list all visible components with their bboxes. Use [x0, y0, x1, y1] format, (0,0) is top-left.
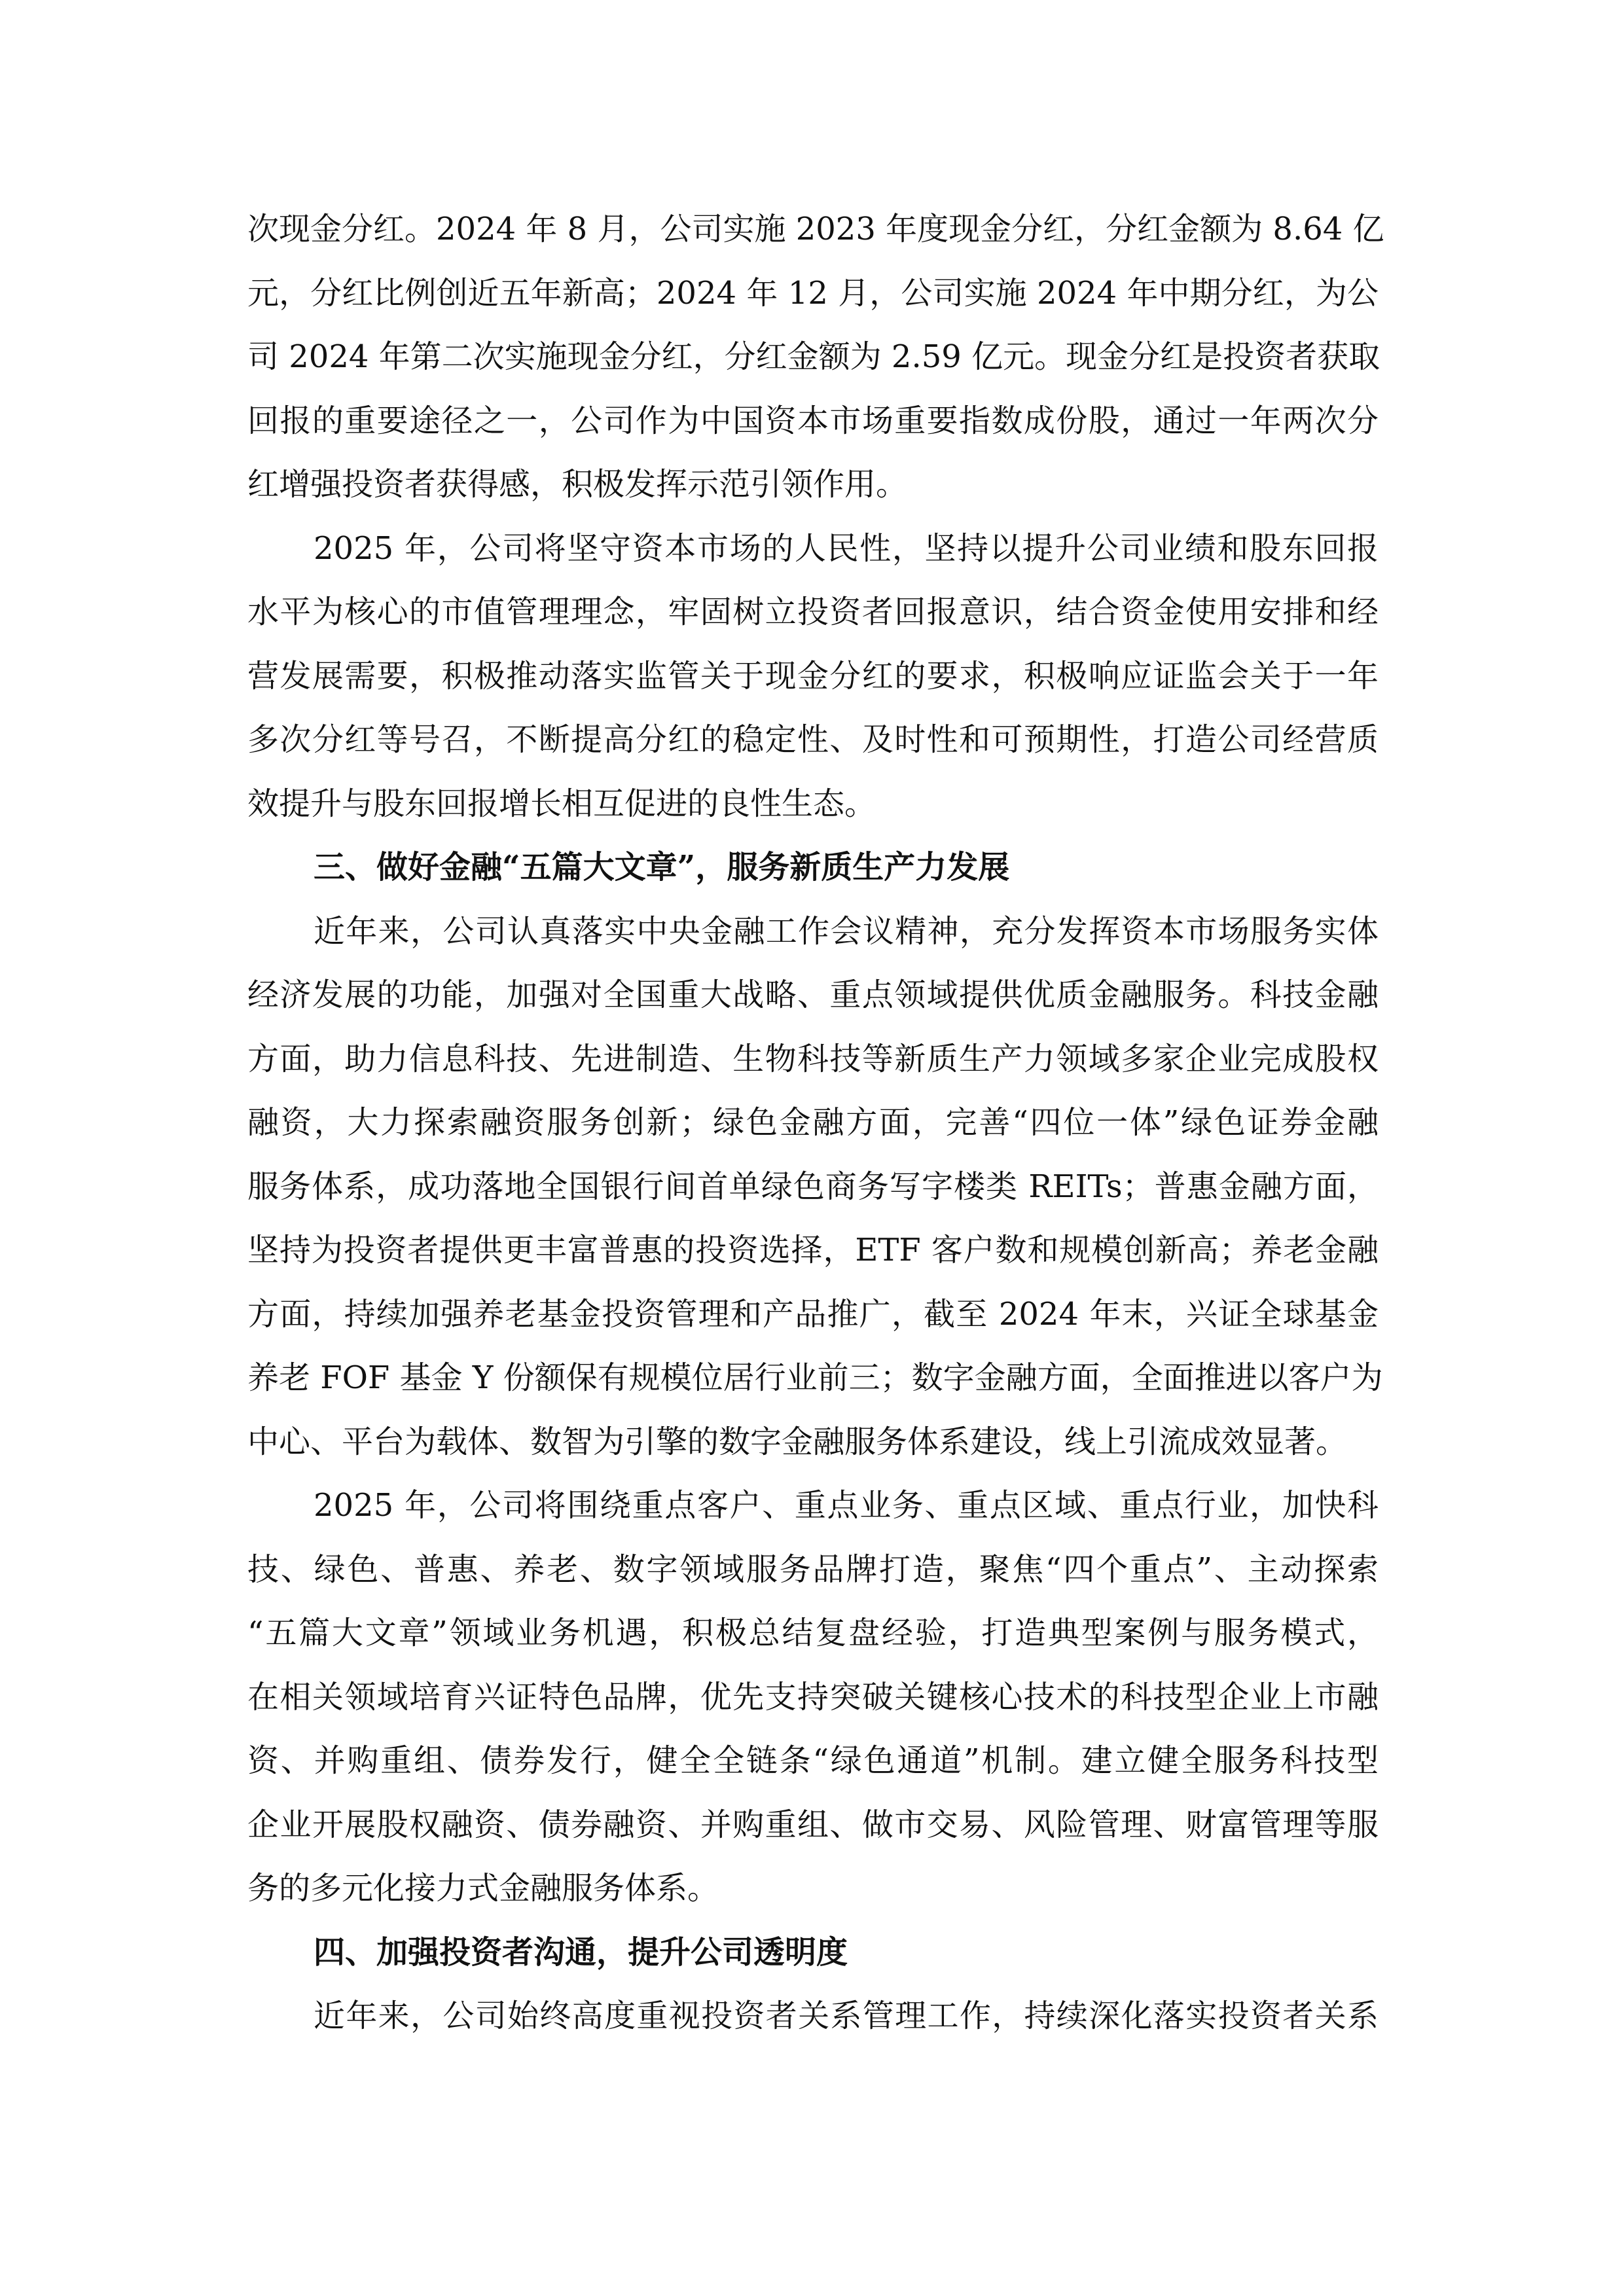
text-line: 中心、平台为载体、数智为引擎的数字金融服务体系建设，线上引流成效显著。 — [247, 1418, 1379, 1482]
text-line: 服务体系，成功落地全国银行间首单绿色商务写字楼类 REITs；普惠金融方面， — [247, 1162, 1379, 1227]
document-page: 次现金分红。2024 年 8 月，公司实施 2023 年度现金分红，分红金额为 … — [0, 0, 1624, 2296]
document-body: 次现金分红。2024 年 8 月，公司实施 2023 年度现金分红，分红金额为 … — [247, 205, 1379, 2056]
text-line: 司 2024 年第二次实施现金分红，分红金额为 2.59 亿元。现金分红是投资者… — [247, 332, 1379, 397]
text-line: 养老 FOF 基金 Y 份额保有规模位居行业前三；数字金融方面，全面推进以客户为 — [247, 1354, 1379, 1418]
text-line: 2025 年，公司将围绕重点客户、重点业务、重点区域、重点行业，加快科 — [247, 1481, 1379, 1545]
text-line: 多次分红等号召，不断提高分红的稳定性、及时性和可预期性，打造公司经营质 — [247, 715, 1379, 780]
text-line: 方面，持续加强养老基金投资管理和产品推广，截至 2024 年末，兴证全球基金 — [247, 1290, 1379, 1354]
section-heading-four: 四、加强投资者沟通，提升公司透明度 — [247, 1928, 1379, 1992]
text-line: “五篇大文章”领域业务机遇，积极总结复盘经验，打造典型案例与服务模式， — [247, 1609, 1379, 1673]
text-line: 次现金分红。2024 年 8 月，公司实施 2023 年度现金分红，分红金额为 … — [247, 205, 1379, 269]
text-line: 红增强投资者获得感，积极发挥示范引领作用。 — [247, 460, 1379, 524]
text-line: 营发展需要，积极推动落实监管关于现金分红的要求，积极响应证监会关于一年 — [247, 652, 1379, 716]
text-line: 经济发展的功能，加强对全国重大战略、重点领域提供优质金融服务。科技金融 — [247, 971, 1379, 1035]
text-line: 水平为核心的市值管理理念，牢固树立投资者回报意识，结合资金使用安排和经 — [247, 588, 1379, 652]
text-line: 近年来，公司始终高度重视投资者关系管理工作，持续深化落实投资者关系 — [247, 1992, 1379, 2056]
text-line: 资、并购重组、债券发行，健全全链条“绿色通道”机制。建立健全服务科技型 — [247, 1736, 1379, 1801]
paragraph-five-articles-review: 近年来，公司认真落实中央金融工作会议精神，充分发挥资本市场服务实体 经济发展的功… — [247, 907, 1379, 1482]
paragraph-2025-five-articles-plan: 2025 年，公司将围绕重点客户、重点业务、重点区域、重点行业，加快科 技、绿色… — [247, 1481, 1379, 1928]
text-line: 2025 年，公司将坚守资本市场的人民性，坚持以提升公司业绩和股东回报 — [247, 524, 1379, 588]
text-line: 在相关领域培育兴证特色品牌，优先支持突破关键核心技术的科技型企业上市融 — [247, 1673, 1379, 1737]
text-line: 效提升与股东回报增长相互促进的良性生态。 — [247, 780, 1379, 844]
text-line: 近年来，公司认真落实中央金融工作会议精神，充分发挥资本市场服务实体 — [247, 907, 1379, 971]
section-heading-three: 三、做好金融“五篇大文章”，服务新质生产力发展 — [247, 843, 1379, 907]
text-line: 方面，助力信息科技、先进制造、生物科技等新质生产力领域多家企业完成股权 — [247, 1035, 1379, 1099]
text-line: 元，分红比例创近五年新高；2024 年 12 月，公司实施 2024 年中期分红… — [247, 269, 1379, 333]
text-line: 技、绿色、普惠、养老、数字领域服务品牌打造，聚焦“四个重点”、主动探索 — [247, 1545, 1379, 1609]
text-line: 坚持为投资者提供更丰富普惠的投资选择，ETF 客户数和规模创新高；养老金融 — [247, 1226, 1379, 1290]
paragraph-2025-dividend-plan: 2025 年，公司将坚守资本市场的人民性，坚持以提升公司业绩和股东回报 水平为核… — [247, 524, 1379, 844]
text-line: 回报的重要途径之一，公司作为中国资本市场重要指数成份股，通过一年两次分 — [247, 397, 1379, 461]
text-line: 企业开展股权融资、债券融资、并购重组、做市交易、风险管理、财富管理等服 — [247, 1801, 1379, 1865]
paragraph-investor-relations: 近年来，公司始终高度重视投资者关系管理工作，持续深化落实投资者关系 — [247, 1992, 1379, 2056]
paragraph-dividend-history: 次现金分红。2024 年 8 月，公司实施 2023 年度现金分红，分红金额为 … — [247, 205, 1379, 524]
text-line: 融资，大力探索融资服务创新；绿色金融方面，完善“四位一体”绿色证券金融 — [247, 1098, 1379, 1162]
text-line: 务的多元化接力式金融服务体系。 — [247, 1864, 1379, 1928]
